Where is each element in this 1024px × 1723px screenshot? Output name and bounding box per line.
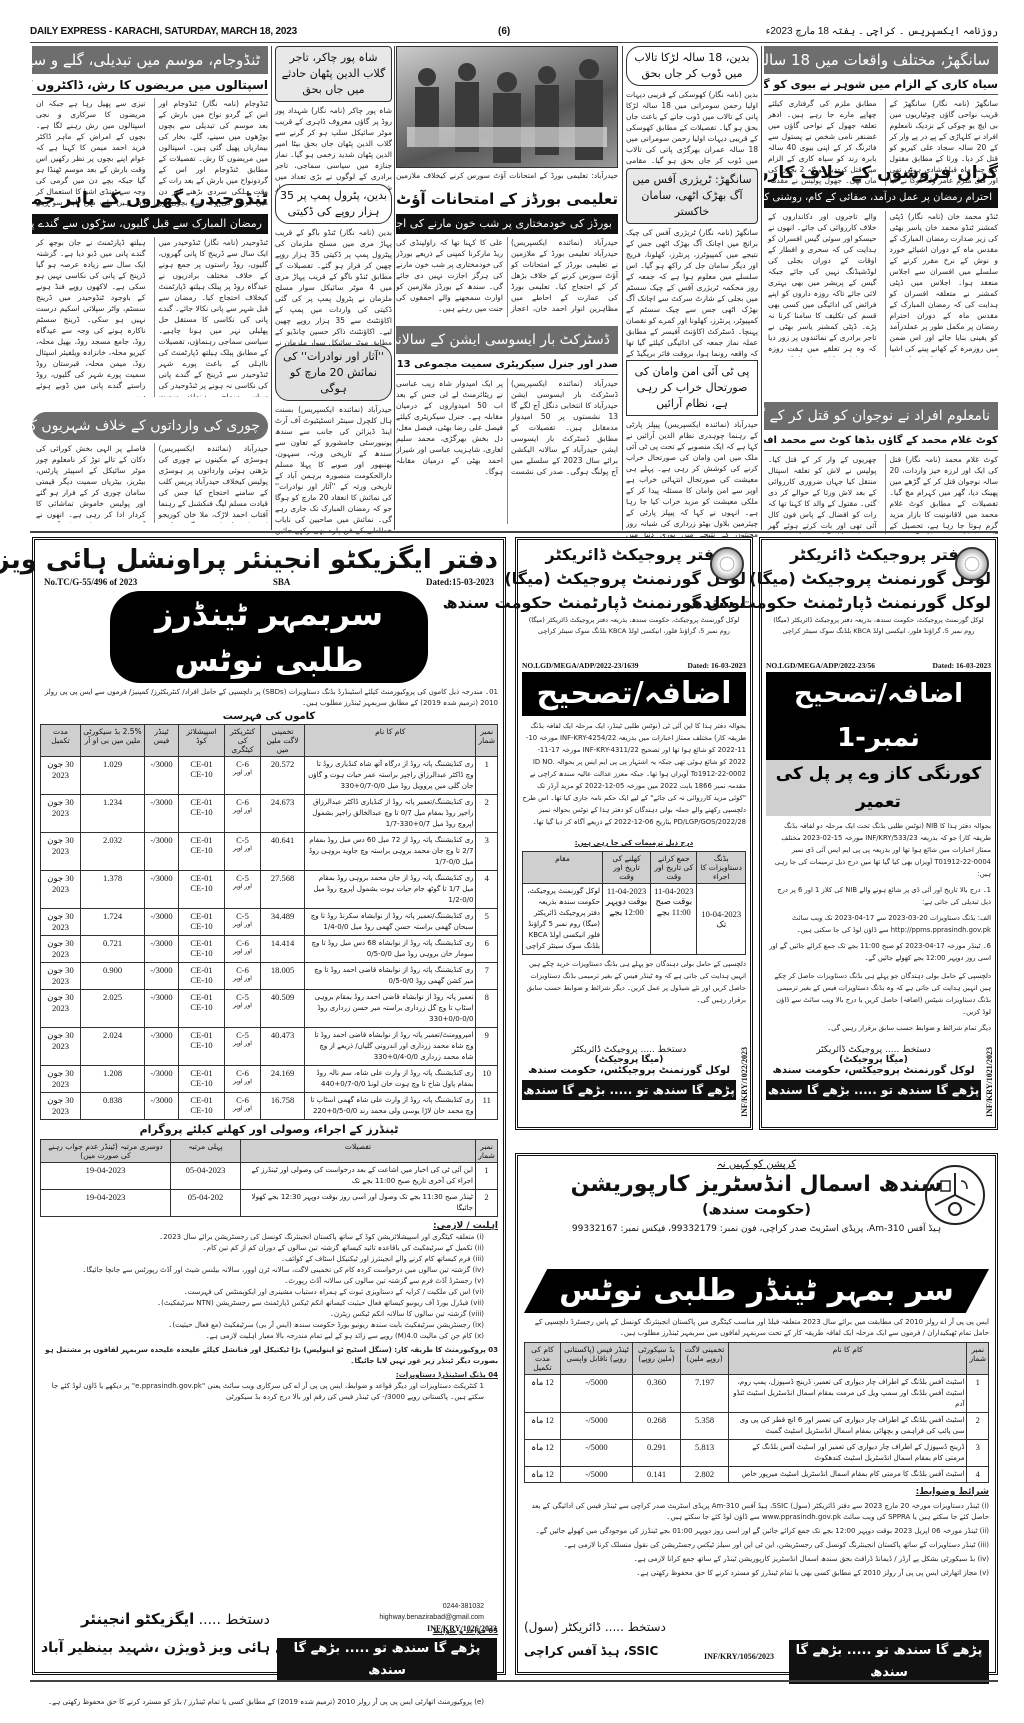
table-row: 11ری کنڈیشننگ پاتہ روڈ از وارث علی شاہ گ…	[41, 1093, 498, 1120]
period-year: 2023	[43, 922, 78, 932]
cell-cost: 7.197	[681, 1375, 729, 1413]
table-row: 3ڈرینج ڈسپوزل کے اطراف چار دیواری کی تعم…	[525, 1440, 989, 1467]
headline: تعلیمی بورڈز کے امتحانات آؤٹ سورس کرنے ک…	[396, 186, 618, 212]
cell-bid-security: 1.208	[81, 1066, 145, 1093]
cell-serial: 1	[476, 1163, 498, 1190]
cell-work-name: اسٹیٹ آفس بلڈنگ کے اطراف چار دیواری کی ت…	[729, 1413, 967, 1440]
headline: ''آثار اور نوادرات'' کی نمائش 20 مارچ کو…	[275, 345, 392, 401]
period-year: 2023	[43, 949, 78, 959]
code-1: CE-01	[181, 1030, 222, 1040]
signature-title: ایگزیکٹو انجینئر	[81, 1610, 194, 1628]
cell-fee: 3000/-	[145, 963, 179, 990]
section-04-title: 04 بڈنگ اسٹینڈرڈ دستاویزات:	[40, 1370, 498, 1381]
category-note: اور اوپر	[227, 845, 258, 852]
cell-category: C-6اور اوپر	[225, 936, 261, 963]
th-details: تفصیلات	[241, 1140, 476, 1163]
item-text: اس کی ملکیت / کرایہ کے دستاویزی ثبوت کے …	[184, 1288, 471, 1296]
masthead: DAILY EXPRESS - KARACHI, SATURDAY, MARCH…	[30, 26, 998, 42]
ref-number: NO.LGD/MEGA/ADP/2022-23/1639	[522, 661, 638, 670]
address-line-1: لوکل گورنمنٹ پروجیکٹ، حکومت سندھ، بذریعہ…	[522, 615, 746, 626]
cell-fee: 3000/-	[145, 757, 179, 795]
cell-bid-security: 0.721	[81, 936, 145, 963]
ad-meta-row: NO.LGD/MEGA/ADP/2022-23/1639 Dated: 16-0…	[522, 661, 746, 670]
code-2: CE-10	[181, 845, 222, 855]
column-rule	[271, 46, 272, 530]
ad-title: دفتر ایگزیکٹو انجینئر پراونشل ہائی ویز ڈ…	[40, 543, 498, 577]
category-code: C-6	[227, 759, 258, 769]
item-number: (iii)	[978, 1541, 989, 1549]
period-day: 30 جون	[43, 911, 78, 922]
cell-period: 30 جون2023	[41, 936, 81, 963]
cell-category: C-5اور اوپر	[225, 1028, 261, 1066]
cell-fee: 5000/-	[561, 1467, 633, 1483]
code-1: CE-01	[181, 873, 222, 883]
ad-meta-row: No.TC/G-55/496 of 2023 SBA Dated:15-03-2…	[40, 577, 498, 587]
cell-code: CE-01CE-10	[179, 833, 225, 871]
ref-number: No.TC/G-55/496 of 2023	[44, 577, 137, 587]
table-row: 8تعمیر پاتہ روڈ از نوابشاہ قاضی احمد روڈ…	[41, 990, 498, 1028]
cell-code: CE-01CE-10	[179, 1093, 225, 1120]
th-open: کھلنے کی تاریخ اور وقت	[603, 852, 651, 884]
inf-code: INF/KRY/1056/2023	[704, 1652, 774, 1661]
table-row: 1اسٹیٹ آفس بلڈنگ کے اطراف چار دیواری کی …	[525, 1375, 989, 1413]
article-body: حیدرآباد (نمائندہ ایکسپریس) ہوسڑی کے مکی…	[154, 443, 269, 523]
period-year: 2023	[43, 884, 78, 894]
cell-work-name: ری کنڈیشننگ پاتہ روڈ از 72 میل 60 دس میل…	[305, 833, 476, 871]
cell-serial: 2	[476, 795, 498, 833]
after-text-2: دیگر تمام شرائط و ضوابط حسب سابق برقرار …	[766, 1022, 991, 1034]
cell-work-name: امپروومنٹ/تعمیر پاتہ روڈ از نوابشاہ قاضی…	[305, 1028, 476, 1066]
cell-category: C-6اور اوپر	[225, 963, 261, 990]
item-number: (ii)	[980, 1527, 989, 1535]
table-row: 2ری کنڈیشننگ/تعمیر پاتہ روڈ از کنڈیاری ڈ…	[41, 795, 498, 833]
cell-fee: 3000/-	[145, 871, 179, 909]
cell-first: 05-04-202	[171, 1190, 241, 1217]
terms-list: (i) ٹینڈر دستاویزات مورخہ 20 مارچ 2023 س…	[524, 1501, 989, 1579]
eligibility-item: (vi) اس کی ملکیت / کرایہ کے دستاویزی ثبو…	[40, 1287, 484, 1298]
headline: بدین، 18 سالہ لڑکا تالاب میں ڈوب کر جاں …	[626, 46, 758, 86]
cell-serial: 2	[476, 1190, 498, 1217]
cell-code: CE-01CE-10	[179, 963, 225, 990]
th-cost: تخمینی لاگت (روپے ملین)	[681, 1343, 729, 1375]
date: Dated: 16-03-2023	[687, 661, 746, 670]
cell-period: 30 جون2023	[41, 833, 81, 871]
after-text: دلچسپی کے حامل بولی دہندگان جو پہلے ہی ب…	[522, 958, 746, 1006]
table-row: 10ری کنڈیشننگ پاتہ روڈ از وارث علی شاہ، …	[41, 1066, 498, 1093]
article-bar-association: ڈسٹرکٹ بار ایسوسی ایشن کے سالانہ انتخابا…	[396, 326, 618, 524]
article-body: فاصلے پر الہی بخش کورائی کی دکان کے تالے…	[32, 443, 146, 523]
cell-code: CE-01CE-10	[179, 757, 225, 795]
code-2: CE-10	[181, 921, 222, 931]
address-line-2: روم نمبر 5، گراؤنڈ فلور، انیکسی اولڈ KBC…	[766, 626, 991, 637]
cell-cost: 24.673	[261, 795, 305, 833]
cell-period: 30 جون2023	[41, 795, 81, 833]
eligibility-item: (ix) رجسٹریشن سرٹیفکیٹ بابت سندھ ریونیو …	[40, 1320, 484, 1331]
cell-serial: 7	[476, 963, 498, 990]
th-work-name: کام کا نام	[729, 1343, 967, 1375]
signature-title: پروجیکٹ ڈائریکٹر	[572, 1045, 638, 1055]
cell-bid-security: 1.724	[81, 909, 145, 936]
cell-fee: 3000/-	[145, 1093, 179, 1120]
th-serial: نمبر شمار	[476, 725, 498, 757]
period-day: 30 جون	[43, 797, 78, 808]
works-list-title: کاموں کی فہرست	[40, 711, 498, 722]
cell-place: لوکل گورنمنٹ پروجیکٹ، حکومت سندھ بذریعہ …	[523, 884, 603, 955]
signature-org: لوکل گورنمنٹ پروجیکٹس، حکومت سندھ	[766, 1065, 981, 1076]
article-theft-protest: چوری کی وارداتوں کے خلاف شہریوں کا احتجا…	[32, 412, 268, 523]
cell-cost: 20.572	[261, 757, 305, 795]
masthead-urdu: روزنامہ ایکسپریس ۔ کراچی ۔ ہفتہ 18 مارچ …	[766, 26, 998, 37]
article-body: حیدرآباد (نمائندہ ایکسپریس) ڈسٹرکٹ بار ا…	[396, 378, 618, 524]
terms-title: شرائط وضوابط:	[524, 1487, 989, 1498]
sindh-govt-emblem-icon	[955, 547, 989, 581]
cell-category: C-5اور اوپر	[225, 871, 261, 909]
org-title: سندھ اسمال انڈسٹریز کارپوریشن	[524, 1170, 989, 1200]
cell-submit: 11-04-2023 بوقت صبح 11:00 بجے	[651, 884, 697, 955]
after-text-1: دلچسپی کے حامل بولی دہندگان جو پہلے ہی ب…	[766, 970, 991, 1018]
item-text: فیڈرل بورڈ آف ریونیو کیساتھ فعال حیثیت ک…	[157, 1299, 468, 1307]
cell-fee: 3000/-	[145, 936, 179, 963]
cell-fee: 3000/-	[145, 833, 179, 871]
cell-cost: 14.414	[261, 936, 305, 963]
period-day: 30 جون	[43, 1095, 78, 1106]
period-day: 30 جون	[43, 965, 78, 976]
addendum-body: بحوالہ دفتر ہذا کا این آئی ٹی (نوٹس طلبی…	[522, 720, 746, 838]
headline: چوری کی وارداتوں کے خلاف شہریوں کا احتجا…	[32, 412, 268, 440]
cell-work-name: اسٹیٹ آفس بلڈنگ کے اطراف چار دیواری کی ت…	[729, 1375, 967, 1413]
cell-fee: 3000/-	[145, 795, 179, 833]
period-year: 2023	[43, 808, 78, 818]
item-text: مجاز اتھارٹی ایس پی پی آر رولز 2010 کے م…	[636, 1569, 977, 1577]
item-text: بڈ سیکورٹی بشکل پے آرڈر / ڈیمانڈ ڈرافٹ ب…	[633, 1555, 975, 1563]
code-2: CE-10	[181, 883, 222, 893]
period-day: 30 جون	[43, 873, 78, 884]
center-code: SBA	[273, 577, 291, 587]
item-text: ٹینڈر دستاویزات کے ساتھ پاکستان انجینئرن…	[564, 1541, 976, 1549]
cell-bid-security: 0.291	[633, 1440, 681, 1467]
cell-period: 30 جون2023	[41, 757, 81, 795]
eligibility-item: (x) کام جن کی مالیت 4.0(M) روپے سے زائد …	[40, 1331, 484, 1342]
table-row: 7ری کنڈیشننگ پاتہ روڈ از نوابشاہ قاضی اح…	[41, 963, 498, 990]
signature-prefix: دستخط .....	[885, 1045, 931, 1055]
ad-lgd-korangi-addendum: دفتر پروجیکٹ ڈائریکٹر لوکل گورنمنٹ پروجی…	[759, 537, 998, 1130]
category-code: C-6	[227, 938, 258, 948]
protest-photo	[396, 46, 618, 168]
address-line-1: لوکل گورنمنٹ پروجیکٹ، حکومت سندھ، بذریعہ…	[766, 615, 991, 626]
cell-bid-security: 1.234	[81, 795, 145, 833]
item-number: (i)	[477, 1233, 484, 1241]
subheadline: احترام رمضان پر عمل درآمد، صفائی کے کام،…	[764, 188, 998, 208]
headline: ڈسٹرکٹ بار ایسوسی ایشن کے سالانہ انتخابا…	[396, 326, 618, 354]
article-exhibition: ''آثار اور نوادرات'' کی نمائش 20 مارچ کو…	[275, 345, 392, 536]
table-row: 1این آئی ٹی کی اخبار میں اشاعت کے بعد در…	[41, 1163, 498, 1190]
signature-sub: (میگا پروجیکٹ)	[766, 1055, 981, 1065]
article-body: بدین (نامہ نگار) ٹنڈو باگو کے قریب پہاڑ …	[275, 227, 392, 351]
cell-category: C-5اور اوپر	[225, 909, 261, 936]
cell-fee: 5000/-	[561, 1413, 633, 1440]
code-2: CE-10	[181, 1002, 222, 1012]
code-2: CE-10	[181, 1040, 222, 1050]
cell-work-name: ری کنڈیشننگ پاتہ روڈ از جان محمد بروہی ر…	[305, 871, 476, 909]
addendum-body: بحوالہ دفتر ہذا کا NIB (نوٹس طلبی بڈنگ ت…	[766, 820, 991, 880]
point-1: 1۔ درج بالا تاریخ اور آئی ڈی پر شائع ہون…	[766, 884, 991, 908]
term-item: (i) ٹینڈر دستاویزات مورخہ 20 مارچ 2023 س…	[524, 1501, 989, 1523]
category-note: اور اوپر	[227, 975, 258, 982]
code-1: CE-01	[181, 938, 222, 948]
masthead-divider	[30, 42, 998, 43]
column-rule	[761, 46, 762, 530]
slogan-bar: پڑھے گا سندھ تو ..... بڑھے گا سندھ	[766, 1080, 981, 1100]
code-1: CE-01	[181, 992, 222, 1002]
category-note: اور اوپر	[227, 948, 258, 955]
category-note: اور اوپر	[227, 921, 258, 928]
cell-period: 30 جون2023	[41, 990, 81, 1028]
headline: سانگھڑ، مختلف واقعات میں 18 سالہ نوجوان …	[764, 46, 998, 74]
cell-fee: 5000/-	[561, 1440, 633, 1467]
category-code: C-5	[227, 992, 258, 1002]
cell-issue: 10-04-2023 تک	[697, 884, 746, 955]
ad-footer: دستخط ..... ایگزیکٹو انجینئر پراونشل ہائ…	[41, 1610, 497, 1668]
cell-code: CE-01CE-10	[179, 1028, 225, 1066]
inf-code: INF/KRY/1021/2023	[985, 1047, 994, 1117]
cell-period: 30 جون2023	[41, 871, 81, 909]
code-2: CE-10	[181, 807, 222, 817]
th-serial: نمبر شمار	[967, 1343, 989, 1375]
item-number: (iii)	[473, 1255, 484, 1263]
signature-org: SSIC، ہیڈ آفس کراچی	[524, 1644, 658, 1658]
cell-bid-security: 0.141	[633, 1467, 681, 1483]
cell-cost: 40.509	[261, 990, 305, 1028]
item-text: ٹینڈر مورخہ 06 اپریل 2023 بوقت دوپہر 12:…	[536, 1527, 978, 1535]
cell-cost: 18.005	[261, 963, 305, 990]
subheadline: بورڈز کی خودمختاری پر شب خون مارنے کی اج…	[396, 214, 618, 234]
signature-org: لوکل گورنمنٹ پروجیکٹس، حکومت سندھ	[522, 1065, 736, 1076]
signature-prefix: دستخط .....	[199, 1612, 270, 1628]
cell-serial: 4	[967, 1467, 989, 1483]
item-number: (ix)	[472, 1321, 484, 1329]
cell-fee: 3000/-	[145, 1028, 179, 1066]
article-badin-petrol: بدین، پٹرول پمپ پر 35 ہزار روپے کی ڈکیتی…	[275, 184, 392, 351]
cell-serial: 1	[476, 757, 498, 795]
cell-cost: 16.758	[261, 1093, 305, 1120]
period-year: 2023	[43, 1106, 78, 1116]
category-note: اور اوپر	[227, 883, 258, 890]
article-ppp-pti: پی ٹی آئی امن وامان کی صورتحال خراب کر ر…	[626, 360, 758, 539]
subheadline: صدر اور جنرل سیکریٹری سمیت مجموعی 13 نشس…	[396, 356, 618, 375]
cell-serial: 5	[476, 909, 498, 936]
cell-serial: 10	[476, 1066, 498, 1093]
eligibility-item: (vii) فیڈرل بورڈ آف ریونیو کیساتھ فعال ح…	[40, 1298, 484, 1309]
table-row: 10-04-2023 تک 11-04-2023 بوقت صبح 11:00 …	[523, 884, 746, 955]
article-body: چھریوں کے وار کر کے قتل کیا۔ پولیس نے لا…	[764, 454, 877, 534]
code-2: CE-10	[181, 769, 222, 779]
cell-detail: این آئی ٹی کی اخبار میں اشاعت کے بعد درخ…	[241, 1163, 476, 1190]
category-code: C-6	[227, 797, 258, 807]
category-note: اور اوپر	[227, 1040, 258, 1047]
cell-cost: 5.358	[681, 1413, 729, 1440]
article-tando-jam: ٹنڈوجام، موسم میں تبدیلی، گلے و سینے کے …	[32, 46, 268, 208]
cell-cost: 27.568	[261, 871, 305, 909]
period-year: 2023	[43, 976, 78, 986]
period-day: 30 جون	[43, 759, 78, 770]
item-number: (v)	[474, 1277, 484, 1285]
item-number: (ii)	[475, 1244, 484, 1252]
eligibility-item: (iv) گزشتہ تین سالوں میں درخواست کردہ کا…	[40, 1265, 484, 1276]
item-text: کام جن کی مالیت 4.0(M) روپے سے زائد ہو ک…	[206, 1332, 473, 1340]
tender-banner: سر بمہر ٹینڈر طلبی نوٹس	[524, 1269, 989, 1313]
code-2: CE-10	[181, 975, 222, 985]
article-body: ٹنڈوحیدر (نامہ نگار) ٹنڈوحیدر میں ایک سا…	[154, 237, 269, 397]
cell-cost: 34.489	[261, 909, 305, 936]
cell-bid-security: 1.029	[81, 757, 145, 795]
cell-code: CE-01CE-10	[179, 1066, 225, 1093]
category-note: اور اوپر	[227, 1105, 258, 1112]
signature-sub: (میگا پروجیکٹ)	[522, 1055, 736, 1065]
article-body: حیدرآباد (نمائندہ ایکسپریس) حیدرآباد تعل…	[396, 237, 618, 317]
tender-banner: سربمہر ٹینڈرز طلبی نوٹس	[110, 591, 428, 683]
th-fee: ٹینڈر فیس	[145, 725, 179, 757]
cell-bid-security: 2.025	[81, 990, 145, 1028]
headline: نامعلوم افراد نے نوجوان کو قتل کر کے گڑھ…	[764, 402, 998, 430]
works-table: نمبر شمار کام کا نام تخمینی لاگت ملین می…	[40, 724, 498, 1120]
headline: ٹنڈوحیدر، گھروں کے باہر جمع گندے پانی کی…	[32, 186, 268, 212]
article-body: کوٹ غلام محمد (نامہ نگار) قتل کی ایک اور…	[885, 454, 999, 534]
photo-caption: حیدرآباد: تعلیمی بورڈ کے امتحانات آؤٹ سو…	[396, 170, 618, 182]
cell-period: 12 ماہ	[525, 1467, 561, 1483]
category-code: C-5	[227, 835, 258, 845]
code-1: CE-01	[181, 1095, 222, 1105]
ad-footer: دستخط ..... پروجیکٹ ڈائریکٹر (میگا پروجی…	[522, 1045, 736, 1123]
slogan-bar: پڑھے گا سندھ تو ..... بڑھے گا سندھ	[277, 1638, 497, 1682]
cell-code: CE-01CE-10	[179, 909, 225, 936]
item-number: (vii)	[470, 1299, 484, 1307]
cell-category: C-5اور اوپر	[225, 990, 261, 1028]
table-row: 4اسٹیٹ آفس بلڈنگ کا مرمتی کام بمقام اسما…	[525, 1467, 989, 1483]
amendments-title: درج ذیل ترمیمات کی جا رہی ہیں:	[522, 838, 746, 849]
table-header-row: نمبر شمار کام کا نام تخمینی لاگت ملین می…	[41, 725, 498, 757]
ssic-logo-icon	[925, 1165, 985, 1225]
cell-category: C-6اور اوپر	[225, 795, 261, 833]
footer-note: (e) پروکیورمنٹ اتھارٹی ایس پی پی آر رولز…	[40, 1697, 498, 1708]
signature: دستخط ..... پروجیکٹ ڈائریکٹر	[522, 1045, 736, 1055]
kicker: کرپشن کو کہیں نہ	[524, 1159, 989, 1170]
item-number: (i)	[982, 1502, 989, 1510]
cell-period: 12 ماہ	[525, 1375, 561, 1413]
ad-meta-row: NO.LGD/MEGA/ADP/2022-23/56 Dated: 16-03-…	[766, 661, 991, 670]
cell-serial: 3	[476, 833, 498, 871]
item-text: تکمیل کے سرٹیفکیٹ کی باقاعدہ تائید کیسات…	[203, 1244, 473, 1252]
article-kot-ghulam: نامعلوم افراد نے نوجوان کو قتل کر کے گڑھ…	[764, 402, 998, 534]
cell-period: 12 ماہ	[525, 1413, 561, 1440]
cell-period: 30 جون2023	[41, 963, 81, 990]
item-text: گزشتہ تین سالوں میں درخواست کردہ کام کی …	[82, 1266, 470, 1274]
cell-fee: 5000/-	[561, 1375, 633, 1413]
th-first-time: پہلی مرتبہ	[171, 1140, 241, 1163]
period-year: 2023	[43, 846, 78, 856]
addendum-banner: اضافہ/تصحیح	[522, 672, 746, 716]
cell-period: 30 جون2023	[41, 909, 81, 936]
th-cost: تخمینی لاگت ملین میں	[261, 725, 305, 757]
th-category: کنٹریکٹر کی کیٹگری	[225, 725, 261, 757]
th-issue: بڈنگ دستاویزات کا اجراء	[697, 852, 746, 884]
item-number: (viii)	[469, 1310, 484, 1318]
cell-open: 11-04-2023 بوقت دوپہر 12:00 بجے	[603, 884, 651, 955]
cell-bid-security: 2.032	[81, 833, 145, 871]
signature: دستخط ..... ایگزیکٹو انجینئر	[81, 1610, 270, 1628]
eligibility-list: (i) متعلقہ کیٹگری اور اسپیشلائزیشن کوڈ ک…	[40, 1232, 498, 1342]
section-03: 03 پروکیورمنٹ کا طریقہ کار: (سنگل اسٹیج …	[40, 1345, 498, 1367]
cell-category: C-5اور اوپر	[225, 833, 261, 871]
term-item: (iv) بڈ سیکورٹی بشکل پے آرڈر / ڈیمانڈ ڈر…	[524, 1554, 989, 1565]
amendment-schedule-table: بڈنگ دستاویزات کا اجراء جمع کرانے کی تار…	[522, 851, 746, 955]
category-note: اور اوپر	[227, 1078, 258, 1085]
headline: سانگھڑ: ٹریژری آفس میں آگ بھڑک اٹھی، سام…	[626, 168, 758, 224]
period-year: 2023	[43, 770, 78, 780]
cell-category: C-6اور اوپر	[225, 757, 261, 795]
signature-title: پروجیکٹ ڈائریکٹر	[816, 1045, 882, 1055]
article-body: ہیلتھ ڈپارٹمنٹ نے جان بوجھ کر گندے پانی …	[32, 237, 146, 397]
th-bid-security: 2.5% بڈ سیکورٹی ملین میں بی او آر	[81, 725, 145, 757]
cell-serial: 11	[476, 1093, 498, 1120]
addendum-banner: اضافہ/تصحیح نمبر-1	[766, 672, 991, 760]
cell-period: 30 جون2023	[41, 1066, 81, 1093]
code-1: CE-01	[181, 965, 222, 975]
term-item: (iii) ٹینڈر دستاویزات کے ساتھ پاکستان ان…	[524, 1540, 989, 1551]
cell-code: CE-01CE-10	[179, 795, 225, 833]
cell-bid-security: 0.268	[633, 1413, 681, 1440]
th-fee: ٹینڈر فیس (پاکستانی روپے) ناقابل واپسی	[561, 1343, 633, 1375]
eligibility-item: (iii) فرم کیساتھ کام کرنے والے انجینئرز …	[40, 1254, 484, 1265]
period-year: 2023	[43, 1041, 78, 1051]
th-bid-security: بڈ سیکورٹی (ملین روپے)	[633, 1343, 681, 1375]
article-body: ٹنڈو محمد خان (نامہ نگار) ڈپٹی کمشنر ٹنڈ…	[885, 211, 999, 357]
cell-period: 12 ماہ	[525, 1440, 561, 1467]
subheadline: کوٹ غلام محمد کے گاؤں بڈھا کوٹ سے محمد ا…	[764, 432, 998, 451]
cell-code: CE-01CE-10	[179, 936, 225, 963]
cell-bid-security: 0.900	[81, 963, 145, 990]
table-row: 6ری کنڈیشننگ پاتہ روڈ از نوابشاہ 68 دس م…	[41, 936, 498, 963]
ref-number: NO.LGD/MEGA/ADP/2022-23/56	[766, 661, 875, 670]
item-number: (vi)	[472, 1288, 484, 1296]
inf-code: INF/KRY/1022/2023	[740, 1047, 749, 1117]
item-text: رجسٹرڈ آڈٹ فرم سے گزشتہ تین سالوں کی سال…	[284, 1277, 472, 1285]
cell-fee: 3000/-	[145, 990, 179, 1028]
point-6: 6۔ ٹینڈر مورخہ 17-04-2023 کو صبح 11:00 ب…	[766, 940, 991, 964]
news-ads-divider	[30, 531, 998, 533]
signature-prefix: دستخط .....	[640, 1045, 686, 1055]
cell-work-name: ری کنڈیشننگ پاتہ روڈ از وارث علی شاہ گھم…	[305, 1093, 476, 1120]
cell-serial: 1	[967, 1375, 989, 1413]
table-row: 5ری کنڈیشننگ/تعمیر پاتہ روڈ از نوابشاہ س…	[41, 909, 498, 936]
cell-work-name: ری کنڈیشننگ پاتہ روڈ از نوابشاہ قاضی احم…	[305, 963, 476, 990]
cell-serial: 4	[476, 871, 498, 909]
period-day: 30 جون	[43, 1030, 78, 1041]
cell-fee: 3000/-	[145, 909, 179, 936]
category-note: اور اوپر	[227, 769, 258, 776]
section-04-text: 1 کنٹریکٹ دستاویزات اور دیگر قواعد و ضوا…	[40, 1381, 498, 1601]
cell-second: 19-04-2023	[41, 1190, 171, 1217]
photo-figures-icon	[397, 47, 619, 169]
eligibility-item: (v) رجسٹرڈ آڈٹ فرم سے گزشتہ تین سالوں کی…	[40, 1276, 484, 1287]
slogan-bar: پڑھے گا سندھ تو ..... بڑھے گا سندھ	[789, 1640, 989, 1684]
department-title: لوکل گورنمنٹ ڈپارٹمنٹ حکومت سندھ	[766, 591, 991, 615]
cell-serial: 9	[476, 1028, 498, 1066]
code-2: CE-10	[181, 1078, 222, 1088]
eligibility-item: (viii) گزشتہ تین سالوں کا سالانہ انکم ٹی…	[40, 1309, 484, 1320]
headline: پی ٹی آئی امن وامان کی صورتحال خراب کر ر…	[626, 360, 758, 416]
th-period: کام کی مدت تکمیل	[525, 1343, 561, 1375]
headline: شاہ پور چاکر، تاجر گلاب الدین پٹھان حادث…	[275, 46, 392, 102]
